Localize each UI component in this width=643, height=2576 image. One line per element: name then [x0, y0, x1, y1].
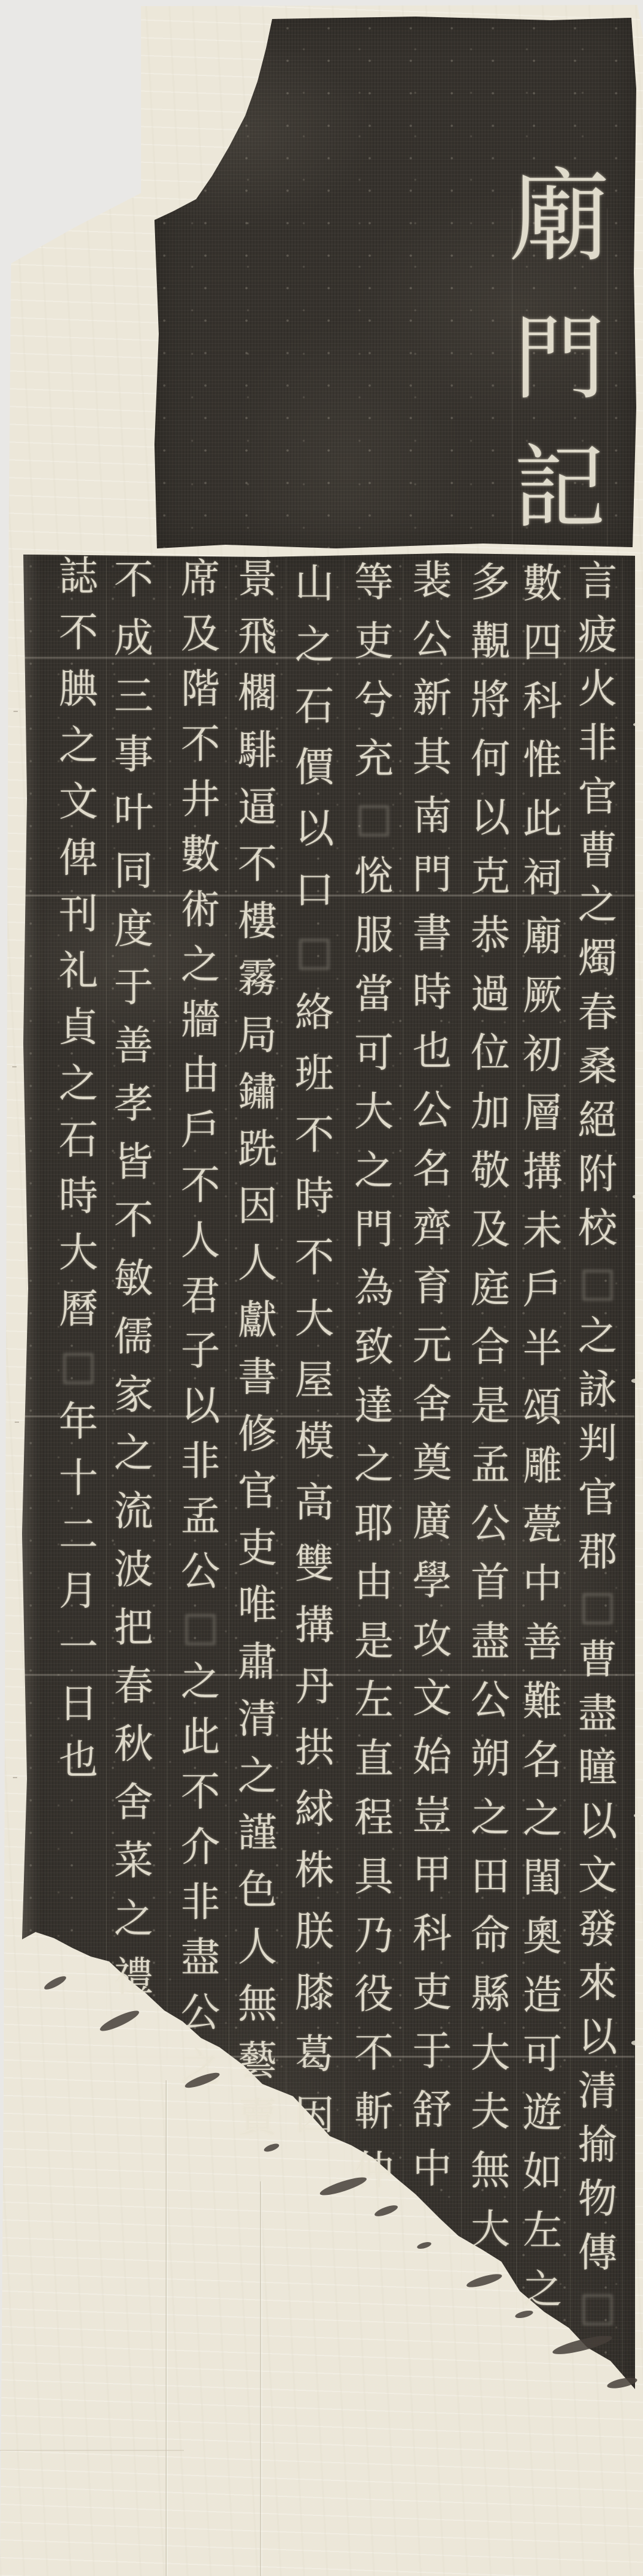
inscription-character: 舍	[410, 1374, 454, 1434]
inscription-character: 恭	[468, 906, 512, 966]
inscription-character: 由	[352, 1553, 396, 1613]
inscription-character: 也	[410, 1021, 454, 1082]
inscription-character: 甲	[410, 1845, 454, 1905]
inscription-character: 大	[468, 2023, 512, 2083]
inscription-character: 齊	[410, 1198, 454, 1258]
inscription-character: 二	[56, 1506, 101, 1564]
inscription-character: 始	[410, 1727, 454, 1787]
inscription-character: 不	[178, 716, 223, 773]
inscription-character: 不	[178, 1764, 223, 1820]
inscription-character: 官	[235, 1463, 280, 1521]
inscription-character: 此	[520, 789, 565, 849]
inscription-character: 唯	[235, 1577, 280, 1635]
inscription-character: 模	[292, 1411, 337, 1473]
inscription-character: 之	[352, 1435, 396, 1495]
inscription-character: 敬	[468, 1141, 512, 1201]
inscription-character: 一	[56, 1619, 101, 1676]
inscription-character: 子	[178, 1323, 223, 1379]
paper-fold-mark	[12, 1066, 17, 1067]
inscription-character: 人	[235, 1235, 280, 1293]
inscription-character: 櫊	[235, 665, 280, 723]
inscription-character: 刊	[56, 886, 101, 944]
inscription-character: 物	[576, 2172, 620, 2227]
inscription-character: 服	[352, 906, 396, 966]
inscription-character: □	[576, 2279, 620, 2335]
inscription-character: 腆	[56, 661, 101, 718]
inscription-character: 儒	[112, 1308, 156, 1367]
inscription-character: 門	[410, 845, 454, 905]
inscription-character: 以	[292, 798, 337, 860]
inscription-character: 以	[178, 1378, 223, 1434]
inscription-character: 不	[112, 551, 156, 610]
inscription-character: 以	[576, 1794, 620, 1849]
inscription-character: 附	[576, 1147, 620, 1202]
inscription-character: 時	[410, 963, 454, 1023]
inscription-character: 奧	[520, 1907, 565, 1967]
inscription-character: 官	[576, 770, 620, 825]
inscription-character: 縣	[468, 1964, 512, 2025]
inscription-character: 月	[56, 1563, 101, 1620]
inscription-character: 郡	[576, 1525, 620, 1580]
paper-crease	[0, 2450, 184, 2451]
inscription-character: 山	[292, 553, 337, 615]
cropped-stroke-fragment	[633, 1195, 641, 1199]
inscription-character: 飛	[235, 608, 280, 666]
inscription-character: 可	[520, 2025, 565, 2085]
inscription-character: 仲	[352, 2141, 396, 2201]
inscription-character: 揄	[576, 2118, 620, 2173]
inscription-character: 霧	[235, 950, 280, 1008]
inscription-character: 直	[352, 1729, 396, 1789]
inscription-character: 礼	[56, 942, 101, 1000]
paper-crease	[166, 2080, 167, 2576]
inscription-column-10: 誌不腆之文俾刊礼貞之石時大曆□年十二月一日也	[56, 548, 101, 1789]
inscription-character: 田	[468, 1847, 512, 1907]
inscription-character: 戶	[520, 1260, 565, 1320]
inscription-character: 家	[112, 1366, 156, 1425]
inscription-character: 數	[178, 827, 223, 883]
inscription-character: 春	[576, 985, 620, 1040]
inscription-character: 由	[178, 1047, 223, 1104]
inscription-character: 戶	[178, 1102, 223, 1159]
inscription-character: 秋	[112, 1715, 156, 1775]
inscription-character: 誌	[56, 548, 101, 605]
inscription-character: □	[576, 1255, 620, 1310]
inscription-character: 于	[112, 958, 156, 1018]
inscription-character: 之	[520, 1789, 565, 1849]
inscription-character: 時	[56, 1168, 101, 1225]
inscription-character: 丹	[292, 1656, 337, 1718]
inscription-character: □	[178, 1599, 223, 1655]
inscription-character: 也	[56, 1732, 101, 1789]
paper-crease	[260, 2181, 261, 2576]
inscription-character: 遊	[520, 2083, 565, 2143]
inscription-character: 高	[292, 1472, 337, 1534]
inscription-character: 瞳	[576, 1740, 620, 1795]
inscription-character: 肅	[235, 1634, 280, 1692]
inscription-character: 叶	[112, 784, 156, 843]
inscription-character: 之	[235, 1748, 280, 1806]
inscription-character: 其	[410, 727, 454, 787]
inscription-character: 判	[576, 1417, 620, 1472]
cropped-stroke-fragment	[631, 1379, 641, 1383]
inscription-character: 中	[410, 2139, 454, 2199]
inscription-character: 公	[410, 1080, 454, 1140]
inscription-character: 雕	[520, 1436, 565, 1496]
inscription-character: 數	[520, 554, 565, 614]
inscription-character: □	[56, 1337, 101, 1395]
inscription-character: 絕	[576, 1093, 620, 1148]
inscription-character: 位	[468, 1023, 512, 1083]
inscription-character: □	[292, 920, 337, 983]
inscription-character: 耶	[352, 1494, 396, 1554]
inscription-character: 役	[352, 1964, 396, 2025]
inscription-character: 善	[112, 1017, 156, 1076]
inscription-character: 恱	[352, 847, 396, 907]
inscription-character: 十	[56, 1450, 101, 1507]
inscription-character: 不	[352, 2023, 396, 2083]
inscription-character: 口	[292, 859, 337, 922]
inscription-column-4: 裴公新其南門書時也公名齊育元舍奠廣學攻文始豈甲科吏于舒中	[410, 551, 454, 2199]
inscription-character: 將	[468, 670, 512, 730]
cropped-stroke-fragment	[633, 723, 639, 726]
inscription-character: 克	[468, 847, 512, 907]
inscription-character: 文	[56, 773, 101, 831]
inscription-character: 雙	[292, 1533, 337, 1596]
inscription-character: 首	[468, 1553, 512, 1613]
inscription-character: 不	[178, 1157, 223, 1214]
inscription-character: 攻	[410, 1610, 454, 1670]
inscription-character: 石	[292, 675, 337, 738]
inscription-character: 之	[292, 614, 337, 676]
inscription-character: 舒	[410, 2080, 454, 2140]
inscription-character: 獻	[235, 1292, 280, 1350]
inscription-character: 盡	[178, 1930, 223, 1986]
inscription-character: 未	[520, 1201, 565, 1261]
inscription-character: 成	[112, 609, 156, 669]
inscription-character: 為	[352, 1259, 396, 1319]
inscription-character: 孟	[178, 1488, 223, 1545]
inscription-character: 來	[576, 1956, 620, 2011]
inscription-column-7: 景飛櫊騑逼不樓霧局鏽跣因人獻書修官吏唯肅清之謹色人無藝賣	[235, 551, 280, 2147]
inscription-character: 詠	[576, 1363, 620, 1418]
inscription-character: 加	[468, 1082, 512, 1142]
inscription-character: 之	[178, 937, 223, 993]
inscription-character: 藝	[235, 2032, 280, 2091]
inscription-character: 難	[520, 1672, 565, 1732]
inscription-character: 等	[352, 553, 396, 613]
inscription-character: 曆	[56, 1281, 101, 1338]
inscription-character: 廟	[520, 907, 565, 967]
inscription-character: 事	[112, 725, 156, 785]
inscription-character: 之	[178, 2040, 223, 2096]
inscription-character: 是	[468, 1376, 512, 1436]
inscription-character: 吏	[352, 612, 396, 672]
inscription-character: 名	[410, 1139, 454, 1199]
inscription-character: 之	[576, 877, 620, 933]
inscription-character: 吏	[235, 1520, 280, 1578]
inscription-character: 之	[56, 1055, 101, 1113]
inscription-character: 跣	[235, 1121, 280, 1179]
inscription-character: 搆	[292, 1594, 337, 1657]
inscription-character: 祠	[520, 848, 565, 908]
inscription-character: 之	[56, 717, 101, 775]
inscription-column-5: 等吏兮充□恱服當可大之門為致達之耶由是左直程具乃役不斬仲	[352, 553, 396, 2200]
inscription-character: 孝	[112, 1075, 156, 1134]
inscription-character: 君	[178, 1268, 223, 1324]
inscription-character: 半	[520, 1319, 565, 1379]
inscription-character: 度	[112, 900, 156, 960]
inscription-character: 可	[352, 1023, 396, 1083]
inscription-character: 之	[352, 1141, 396, 1201]
inscription-character: 之	[112, 1890, 156, 1949]
inscription-character: 舍	[112, 1773, 156, 1833]
paper-fold-mark	[15, 1422, 19, 1423]
inscription-character: 充	[352, 729, 396, 789]
paper-fold-mark	[13, 711, 18, 712]
inscription-character: 井	[178, 771, 223, 828]
inscription-character: 拱	[292, 1717, 337, 1779]
inscription-character: 膝	[292, 1962, 337, 2025]
inscription-character: 朕	[292, 1901, 337, 1963]
inscription-character: 修	[235, 1406, 280, 1464]
inscription-character: 中	[520, 1554, 565, 1614]
inscription-character: 謹	[235, 1805, 280, 1863]
inscription-character: 廣	[410, 1492, 454, 1552]
inscription-character: 不	[112, 1191, 156, 1251]
inscription-character: 絿	[292, 1778, 337, 1841]
inscription-character: 騑	[235, 722, 280, 780]
inscription-character: 四	[520, 613, 565, 673]
inscription-character: 造	[520, 1966, 565, 2026]
inscription-character: 大	[468, 2200, 512, 2260]
inscription-character: 科	[520, 672, 565, 732]
inscription-character: 斬	[352, 2082, 396, 2142]
inscription-character: 兮	[352, 670, 396, 730]
inscription-character: 門	[352, 1200, 396, 1260]
inscription-character: 盡	[468, 1612, 512, 1672]
inscription-character: 桑	[576, 1039, 620, 1094]
inscription-character: 公	[468, 1670, 512, 1730]
inscription-character: 南	[410, 786, 454, 846]
inscription-character: 曹	[576, 1632, 620, 1688]
inscription-character: 覯	[468, 612, 512, 672]
inscription-character: 于	[410, 2021, 454, 2082]
inscription-character: 校	[576, 1201, 620, 1256]
inscription-character: 之	[576, 1309, 620, 1364]
inscription-character: 之	[112, 1424, 156, 1483]
inscription-character: 吏	[410, 1963, 454, 2023]
inscription-character: 賣	[235, 2089, 280, 2148]
inscription-character: 同	[112, 842, 156, 901]
title-character: 廟	[508, 146, 612, 288]
inscription-character: 三	[112, 667, 156, 727]
inscription-character: 致	[352, 1317, 396, 1377]
inscription-character: □	[576, 1578, 620, 1634]
inscription-character: 奠	[410, 1433, 454, 1493]
inscription-character: 非	[178, 1433, 223, 1490]
inscription-character: 株	[292, 1839, 337, 1902]
inscription-character: 命	[468, 1906, 512, 1966]
inscription-character: 色	[235, 1862, 280, 1920]
inscription-character: 及	[468, 1200, 512, 1260]
cropped-stroke-fragment	[631, 2040, 642, 2045]
inscription-character: 價	[292, 737, 337, 799]
inscription-character: 大	[352, 1082, 396, 1142]
inscription-character: 閨	[520, 1848, 565, 1908]
inscription-character: 皆	[112, 1133, 156, 1192]
inscription-character: 及	[178, 606, 223, 662]
inscription-column-1: 言疲火非官曹之燭春桑絕附校□之詠判官郡□曹盡瞳以文發來以清揄物傳□	[576, 555, 620, 2334]
inscription-character: 不	[292, 1227, 337, 1289]
inscription-character: 具	[352, 1847, 396, 1907]
inscription-character: 之	[178, 1654, 223, 1710]
inscription-character: 名	[520, 1730, 565, 1790]
inscription-column-2: 數四科惟此祠廟厥初層搆未戶半頌雕甍中善難名之閨奧造可遊如左之	[520, 555, 565, 2319]
inscription-character: 階	[178, 661, 223, 718]
inscription-character: 庭	[468, 1259, 512, 1319]
inscription-character: 日	[56, 1675, 101, 1733]
inscription-character: 甍	[520, 1495, 565, 1555]
inscription-character: 以	[576, 2010, 620, 2065]
inscription-column-9: 不成三事叶同度于善孝皆不敏儒家之流波把春秋舍菜之禮	[112, 551, 156, 2007]
inscription-character: 樓	[235, 893, 280, 951]
inscription-character: 厥	[520, 966, 565, 1026]
inscription-character: 盡	[576, 1686, 620, 1741]
inscription-character: □	[352, 788, 396, 848]
inscription-character: 禮	[112, 1948, 156, 2007]
inscription-character: 層	[520, 1083, 565, 1143]
inscription-character: 年	[56, 1393, 101, 1451]
inscription-character: 孟	[468, 1435, 512, 1495]
inscription-character: 景	[235, 551, 280, 609]
inscription-character: 席	[178, 551, 223, 607]
title-character: 門	[508, 289, 612, 429]
inscription-character: 傳	[576, 2226, 620, 2281]
inscription-character: 介	[178, 1819, 223, 1876]
inscription-character: 搆	[520, 1142, 565, 1202]
inscription-character: 此	[178, 1709, 223, 1765]
inscription-column-8: 席及階不井數術之牆由戶不人君子以非孟公□之此不介非盡公之	[178, 551, 223, 2096]
inscription-character: 牆	[178, 992, 223, 1048]
inscription-character: 因	[235, 1178, 280, 1236]
inscription-character: 言	[576, 554, 620, 609]
inscription-character: 曹	[576, 824, 620, 879]
inscription-character: 不	[235, 836, 280, 894]
inscription-character: 育	[410, 1257, 454, 1317]
inscription-character: 清	[235, 1691, 280, 1749]
inscription-character: 大	[56, 1224, 101, 1282]
inscription-character: 達	[352, 1376, 396, 1436]
inscription-character: 流	[112, 1482, 156, 1542]
inscription-character: 清	[576, 2064, 620, 2119]
inscription-character: 之	[468, 1788, 512, 1848]
inscription-character: 公	[178, 1544, 223, 1600]
rubbing-scroll-photo: 廟門記 言疲火非官曹之燭春桑絕附校□之詠判官郡□曹盡瞳以文發來以清揄物傳□數四科…	[0, 0, 643, 2576]
inscription-character: 科	[410, 1904, 454, 1964]
cropped-stroke-fragment	[634, 1814, 641, 1817]
inscription-character: 疲	[576, 608, 620, 663]
inscription-character: 貞	[56, 999, 101, 1056]
inscription-character: 大	[292, 1288, 337, 1351]
inscription-character: 石	[56, 1112, 101, 1169]
inscription-character: 是	[352, 1612, 396, 1672]
inscription-character: 初	[520, 1025, 565, 1085]
inscription-character: 裴	[410, 551, 454, 611]
inscription-character: 時	[292, 1165, 337, 1228]
inscription-character: 局	[235, 1007, 280, 1065]
inscription-character: 逼	[235, 779, 280, 837]
inscription-character: 菜	[112, 1832, 156, 1891]
inscription-character: 學	[410, 1551, 454, 1611]
inscription-character: 合	[468, 1317, 512, 1377]
inscription-character: 把	[112, 1599, 156, 1658]
inscription-character: 術	[178, 882, 223, 938]
inscription-character: 火	[576, 662, 620, 717]
inscription-character: 何	[468, 729, 512, 789]
inscription-character: 非	[576, 716, 620, 771]
inscription-character: 公	[410, 610, 454, 670]
inscription-character: 不	[56, 604, 101, 662]
inscription-character: 波	[112, 1540, 156, 1600]
inscription-character: 非	[178, 1874, 223, 1931]
inscription-character: 屋	[292, 1349, 337, 1412]
paper-fold-mark	[13, 1777, 17, 1778]
inscription-character: 葛	[292, 2023, 337, 2086]
inscription-character: 無	[468, 2141, 512, 2201]
inscription-character: 書	[235, 1349, 280, 1407]
inscription-character: 元	[410, 1316, 454, 1376]
inscription-character: 因	[292, 2085, 337, 2147]
inscription-character: 鏽	[235, 1064, 280, 1122]
inscription-character: 俾	[56, 830, 101, 887]
inscription-character: 惟	[520, 730, 565, 790]
inscription-character: 班	[292, 1043, 337, 1105]
inscription-character: 文	[410, 1669, 454, 1729]
inscription-character: 善	[520, 1613, 565, 1673]
inscription-character: 人	[235, 1919, 280, 1977]
inscription-character: 以	[468, 788, 512, 848]
inscription-character: 文	[576, 1848, 620, 1903]
inscription-character: 燭	[576, 931, 620, 987]
inscription-character: 絡	[292, 982, 337, 1044]
inscription-character: 朔	[468, 1729, 512, 1789]
inscription-character: 左	[520, 2201, 565, 2261]
inscription-character: 無	[235, 1976, 280, 2034]
inscription-column-6: 山之石價以口□絡班不時不大屋模高雙搆丹拱絿株朕膝葛因	[292, 553, 337, 2146]
title-character: 記	[508, 430, 612, 547]
inscription-character: 人	[178, 1213, 223, 1269]
inscription-character: 豈	[410, 1786, 454, 1846]
inscription-character: 頌	[520, 1377, 565, 1438]
inscription-character: 如	[520, 2142, 565, 2202]
inscription-character: 發	[576, 1902, 620, 1957]
inscription-character: 新	[410, 669, 454, 729]
inscription-character: 乃	[352, 1906, 396, 1966]
inscription-character: 不	[292, 1104, 337, 1167]
inscription-character: 春	[112, 1657, 156, 1716]
inscription-character: 書	[410, 904, 454, 964]
inscription-character: 官	[576, 1471, 620, 1526]
inscription-column-3: 多覯將何以克恭過位加敬及庭合是孟公首盡公朔之田命縣大夫無大	[468, 553, 512, 2259]
inscription-character: 夫	[468, 2082, 512, 2142]
inscription-character: 程	[352, 1788, 396, 1848]
inscription-character: 公	[178, 1985, 223, 2041]
inscription-character: 公	[468, 1494, 512, 1554]
inscription-character: 過	[468, 964, 512, 1025]
inscription-character: 敏	[112, 1249, 156, 1309]
inscription-character: 多	[468, 553, 512, 613]
